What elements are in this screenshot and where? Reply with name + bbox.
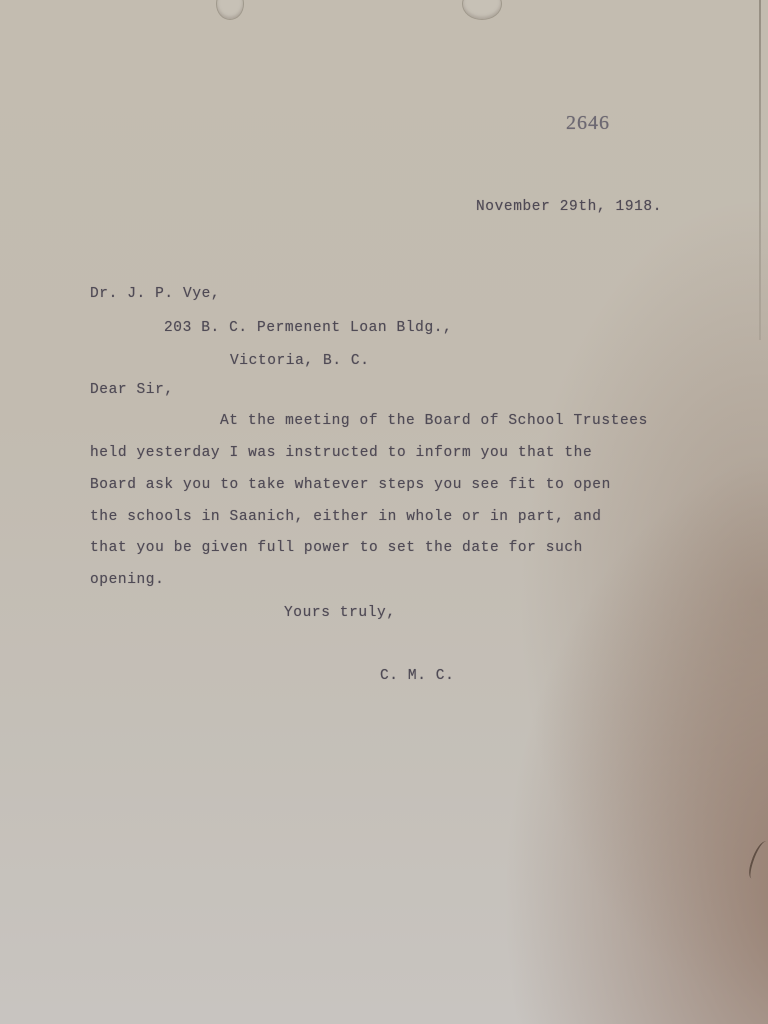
recipient-name: Dr. J. P. Vye, (90, 286, 220, 302)
paper-tear (746, 839, 768, 881)
file-number: 2646 (566, 112, 610, 135)
signature-initials: C. M. C. (380, 668, 454, 684)
closing: Yours truly, (284, 605, 396, 621)
body-line: the schools in Saanich, either in whole … (90, 509, 602, 525)
punch-hole-left (216, 0, 244, 20)
body-line: At the meeting of the Board of School Tr… (220, 413, 648, 429)
letter-date: November 29th, 1918. (476, 199, 662, 215)
recipient-address-line1: 203 B. C. Permenent Loan Bldg., (164, 320, 452, 336)
salutation: Dear Sir, (90, 382, 174, 398)
punch-hole-right (462, 0, 502, 20)
body-line: Board ask you to take whatever steps you… (90, 477, 611, 493)
body-line: held yesterday I was instructed to infor… (90, 445, 592, 461)
letter-page: 2646 November 29th, 1918. Dr. J. P. Vye,… (0, 0, 768, 1024)
body-line: opening. (90, 572, 164, 588)
recipient-address-line2: Victoria, B. C. (230, 353, 370, 369)
sheet-edge (759, 0, 761, 340)
body-line: that you be given full power to set the … (90, 540, 583, 556)
